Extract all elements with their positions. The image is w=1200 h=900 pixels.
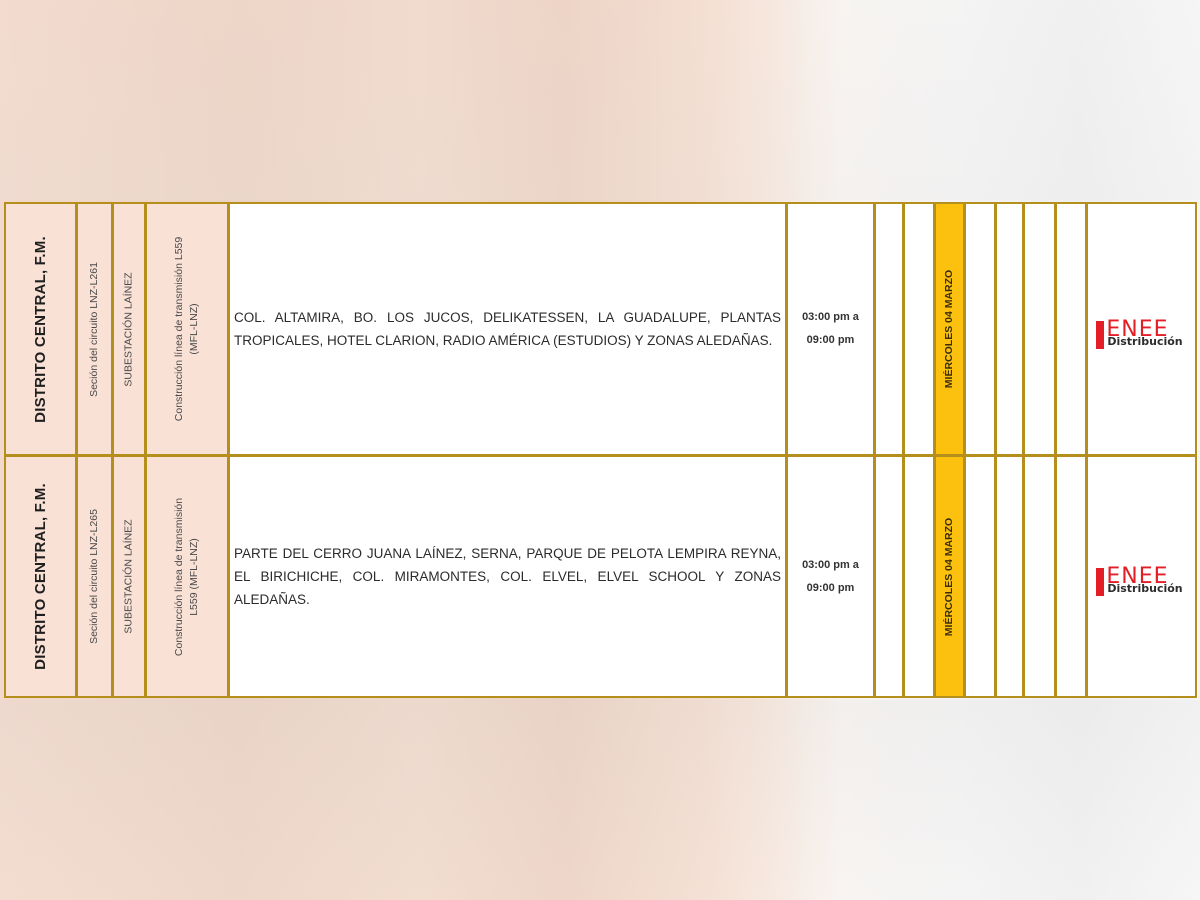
empty-cell [1023,456,1056,698]
work-description-cell: Construcción línea de transmisión L559 (… [145,202,229,456]
date-cell: MIÉRCOLES 04 MARZO [934,202,965,456]
empty-cell [1055,456,1087,698]
empty-cell [874,456,904,698]
work-description-label: Construcción línea de transmisión L559 (… [172,237,202,421]
enee-logo: ENEE Distribución [1096,311,1182,348]
blurred-background-top [0,0,1200,200]
work-description-line-1: Construcción línea de transmisión L559 [172,237,187,421]
empty-cell [903,456,935,698]
enee-logo-icon [1096,321,1104,349]
logo-cell: ENEE Distribución [1086,202,1197,456]
circuit-section-label: Seción del circuito LNZ-L261 [87,262,102,397]
affected-areas-cell: COL. ALTAMIRA, BO. LOS JUCOS, DELIKATESS… [228,202,787,456]
substation-label: SUBESTACIÓN LAÍNEZ [122,272,137,386]
affected-areas-text: COL. ALTAMIRA, BO. LOS JUCOS, DELIKATESS… [234,306,781,352]
enee-logo-icon [1096,568,1104,596]
district-cell: DISTRITO CENTRAL, F.M. [4,202,77,456]
date-label: MIÉRCOLES 04 MARZO [944,517,956,635]
substation-label: SUBESTACIÓN LAÍNEZ [122,519,137,633]
table-row: DISTRITO CENTRAL, F.M. Seción del circui… [4,456,1198,698]
district-cell: DISTRITO CENTRAL, F.M. [4,456,77,698]
empty-cell [903,202,935,456]
empty-cell [995,456,1024,698]
circuit-section-cell: Seción del circuito LNZ-L265 [76,456,113,698]
logo-cell: ENEE Distribución [1086,456,1197,698]
time-end: 09:00 pm [802,577,859,600]
empty-cell [964,202,996,456]
date-label: MIÉRCOLES 04 MARZO [944,270,956,388]
time-end: 09:00 pm [802,329,859,352]
work-description-line-1: Construcción línea de transmisión [172,497,187,655]
affected-areas-cell: PARTE DEL CERRO JUANA LAÍNEZ, SERNA, PAR… [228,456,787,698]
substation-cell: SUBESTACIÓN LAÍNEZ [112,456,146,698]
affected-areas-text: PARTE DEL CERRO JUANA LAÍNEZ, SERNA, PAR… [234,542,781,611]
blurred-background-bottom [0,700,1200,900]
district-label: DISTRITO CENTRAL, F.M. [32,236,49,423]
time-cell: 03:00 pm a 09:00 pm [786,456,875,698]
work-description-line-2: L559 (MFL-LNZ) [187,497,202,655]
time-cell: 03:00 pm a 09:00 pm [786,202,875,456]
work-description-cell: Construcción línea de transmisión L559 (… [145,456,229,698]
enee-logo: ENEE Distribución [1096,558,1182,595]
circuit-section-cell: Seción del circuito LNZ-L261 [76,202,113,456]
time-start: 03:00 pm a [802,554,859,577]
empty-cell [995,202,1024,456]
time-start: 03:00 pm a [802,306,859,329]
logo-subtitle: Distribución [1107,335,1182,348]
table-row: DISTRITO CENTRAL, F.M. Seción del circui… [4,202,1198,456]
empty-cell [1055,202,1087,456]
work-description-label: Construcción línea de transmisión L559 (… [172,497,202,655]
date-cell: MIÉRCOLES 04 MARZO [934,456,965,698]
district-label: DISTRITO CENTRAL, F.M. [32,483,49,670]
circuit-section-label: Seción del circuito LNZ-L265 [87,509,102,644]
empty-cell [964,456,996,698]
empty-cell [1023,202,1056,456]
outage-schedule-table: DISTRITO CENTRAL, F.M. Seción del circui… [4,202,1198,698]
time-range: 03:00 pm a 09:00 pm [802,306,859,352]
substation-cell: SUBESTACIÓN LAÍNEZ [112,202,146,456]
time-range: 03:00 pm a 09:00 pm [802,554,859,600]
empty-cell [874,202,904,456]
work-description-line-2: (MFL-LNZ) [187,237,202,421]
logo-subtitle: Distribución [1107,582,1182,595]
